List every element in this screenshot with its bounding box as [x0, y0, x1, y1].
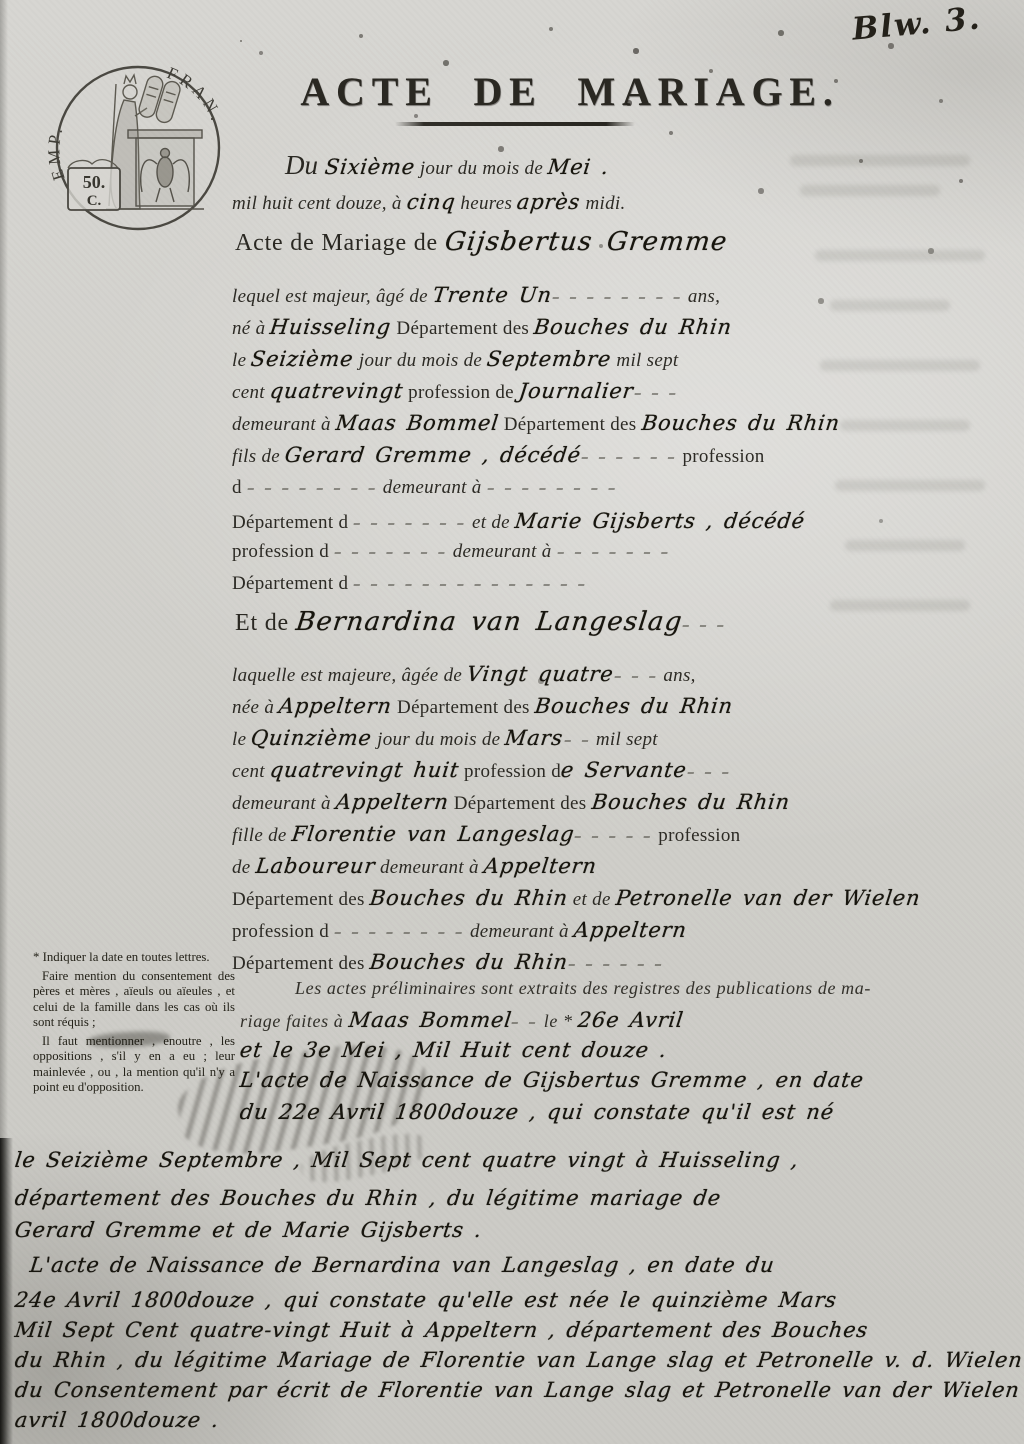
handwritten-text: Quinzième	[250, 726, 374, 750]
document-line: Les actes préliminaires sont extraits de…	[295, 978, 871, 999]
printed-text: mil sept	[611, 350, 678, 371]
ink-specks-artifact	[240, 40, 242, 42]
handwritten-text: Appeltern	[572, 918, 688, 942]
printed-text: Département des	[392, 697, 535, 718]
document-line: Gerard Gremme et de Marie Gijsberts .	[15, 1218, 482, 1242]
printed-text: mil huit cent douze, à	[232, 193, 407, 214]
document-line: de Laboureur demeurant à Appeltern	[232, 854, 597, 879]
document-line: laquelle est majeure, âgée de Vingt quat…	[232, 662, 696, 687]
handwritten-text: 24e Avril 1800douze , qui constate qu'el…	[14, 1288, 839, 1312]
handwritten-text: – – –	[686, 764, 733, 781]
bleed-through-artifact	[830, 300, 950, 311]
handwritten-text: – – –	[632, 385, 679, 402]
handwritten-text: Bouches du Rhin	[533, 694, 734, 718]
handwritten-text: Florentie van Langeslag	[290, 822, 575, 846]
handwritten-text: Maas Bommel	[334, 411, 500, 435]
printed-text: né à	[232, 318, 270, 339]
stamp-left-arc-text: EMP.	[46, 122, 69, 183]
printed-text: et de	[568, 889, 616, 910]
handwritten-text: Bouches du Rhin	[368, 950, 569, 974]
handwritten-text: – – – – – – –	[352, 515, 468, 532]
handwritten-text: du Rhin , du légitime Mariage de Florent…	[14, 1348, 1024, 1372]
handwritten-text: – – – – – – – – – – – – – –	[352, 576, 589, 593]
document-line: demeurant à Maas Bommel Département des …	[232, 411, 840, 436]
printed-text: cent	[232, 382, 270, 403]
handwritten-text: e Servante	[560, 758, 689, 782]
printed-text: fils de	[232, 446, 285, 467]
printed-text: jour du mois de	[354, 350, 487, 371]
handwritten-text: département des Bouches du Rhin , du lég…	[14, 1186, 723, 1210]
document-line: cent quatrevingt profession de Journalie…	[232, 379, 678, 404]
document-line: Département d – – – – – – – – – – – – – …	[232, 573, 588, 595]
document-line: département des Bouches du Rhin , du lég…	[15, 1186, 721, 1210]
document-line: du Consentement par écrit de Florentie v…	[15, 1378, 1024, 1402]
handwritten-text: Trente Un	[431, 283, 553, 307]
printed-text: demeurant à	[465, 921, 574, 942]
document-line: Département des Bouches du Rhin et de Pe…	[232, 886, 920, 911]
document-line: du Rhin , du légitime Mariage de Florent…	[15, 1348, 1024, 1372]
printed-text: née à	[232, 697, 279, 718]
document-line: Acte de Mariage de Gijsbertus Gremme	[235, 228, 727, 258]
document-line: fille de Florentie van Langeslag – – – –…	[232, 822, 740, 847]
handwritten-text: L'acte de Naissance de Bernardina van La…	[29, 1253, 777, 1277]
handwritten-text: – – – – – – –	[556, 544, 672, 561]
handwritten-text: – – – – – – – –	[246, 480, 379, 497]
printed-text: demeurant à	[448, 541, 557, 562]
printed-text: le	[232, 729, 251, 750]
document-line: fils de Gerard Gremme , décédé – – – – –…	[232, 443, 765, 468]
printed-text: heures	[455, 193, 517, 214]
printed-text: de	[232, 857, 256, 878]
printed-text: ans,	[683, 286, 720, 307]
handwritten-text: – – – – – – – –	[486, 480, 619, 497]
handwritten-text: Bouches du Rhin	[533, 315, 734, 339]
document-line: mil huit cent douze, à cinq heures après…	[232, 190, 626, 215]
document-line: Département des Bouches du Rhin – – – – …	[232, 950, 664, 975]
handwritten-text: Mei .	[547, 155, 611, 179]
handwritten-text: du Consentement par écrit de Florentie v…	[14, 1378, 1024, 1402]
document-line: lequel est majeur, âgé de Trente Un – – …	[232, 283, 720, 308]
handwritten-text: Huisseling	[269, 315, 393, 339]
printed-text: Les actes préliminaires sont extraits de…	[295, 978, 871, 998]
printed-text: Département des	[499, 414, 642, 435]
handwritten-text: avril 1800douze .	[14, 1408, 221, 1432]
printed-text: laquelle est majeure, âgée de	[232, 665, 467, 686]
bleed-through-artifact	[845, 540, 965, 551]
document-line: Mil Sept Cent quatre-vingt Huit à Appelt…	[15, 1318, 868, 1342]
printed-text: ans,	[658, 665, 695, 686]
handwritten-text: – – – – – –	[567, 956, 665, 973]
printed-text: demeurant à	[232, 414, 336, 435]
printed-text: demeurant à	[375, 857, 484, 878]
printed-text: jour du mois de	[372, 729, 505, 750]
handwritten-text: Septembre	[486, 347, 613, 371]
margin-note: Faire mention du consentement des pères …	[33, 969, 235, 1031]
handwritten-text: Gijsbertus Gremme	[443, 228, 729, 258]
handwritten-text: – – –	[681, 617, 728, 634]
printed-text: jour du mois de	[415, 158, 548, 179]
printed-text: Département des	[391, 318, 534, 339]
bleed-through-artifact	[835, 480, 985, 491]
document-line: né à Huisseling Département des Bouches …	[232, 315, 732, 340]
handwritten-text: quatrevingt huit	[268, 758, 460, 782]
svg-text:50.: 50.	[83, 172, 106, 192]
printed-text: cent	[232, 761, 270, 782]
stamp-denomination: 50. C.	[68, 160, 120, 210]
handwritten-text: – – – – –	[573, 828, 654, 845]
bleed-through-artifact	[830, 600, 970, 611]
handwritten-text: Vingt quatre	[466, 662, 616, 686]
document-line: riage faites à Maas Bommel – – le * 26e …	[240, 1008, 683, 1032]
printed-text: Département d	[232, 573, 353, 594]
handwritten-text: – – – – – – – –	[333, 924, 466, 941]
printed-text: Du	[285, 150, 325, 180]
printed-text: Département des	[232, 953, 370, 974]
handwritten-text: Marie Gijsberts , décédé	[513, 509, 806, 533]
handwritten-text: Journalier	[517, 379, 635, 403]
handwritten-text: cinq	[405, 190, 457, 214]
bleed-through-artifact	[840, 420, 970, 431]
printed-text: profession d	[232, 541, 334, 562]
printed-text: le	[232, 350, 251, 371]
printed-text: le *	[539, 1011, 578, 1031]
bleed-through-artifact	[800, 185, 940, 196]
marriage-certificate-page: EMP. FRAN.	[0, 0, 1024, 1444]
printed-text: Département des	[449, 793, 592, 814]
document-line: Département d – – – – – – – et de Marie …	[232, 509, 805, 534]
handwritten-text: Petronelle van der Wielen	[614, 886, 921, 910]
printed-text: Département des	[232, 889, 370, 910]
handwritten-text: – – –	[613, 668, 660, 685]
handwritten-text: – –	[510, 1014, 539, 1031]
document-line: profession d – – – – – – – – demeurant à…	[232, 918, 687, 943]
document-line: Et de Bernardina van Langeslag – – –	[235, 608, 727, 638]
empire-francais-revenue-stamp: EMP. FRAN.	[46, 56, 230, 240]
folio-number: Blw. 3.	[851, 0, 983, 47]
handwritten-text: Appeltern	[334, 790, 450, 814]
document-line: Du Sixième jour du mois de Mei .	[285, 150, 609, 181]
handwritten-text: Laboureur	[254, 854, 376, 878]
handwritten-text: Bernardina van Langeslag	[294, 608, 684, 638]
title-rule	[395, 122, 635, 126]
handwritten-text: Bouches du Rhin	[590, 790, 791, 814]
printed-text: mil sept	[591, 729, 658, 750]
handwritten-text: Bouches du Rhin	[640, 411, 841, 435]
printed-text: riage faites à	[240, 1011, 349, 1031]
handwritten-text: Mil Sept Cent quatre-vingt Huit à Appelt…	[14, 1318, 870, 1342]
tablets-icon	[137, 74, 182, 124]
handwritten-text: Seizième	[250, 347, 355, 371]
printed-text: demeurant à	[232, 793, 336, 814]
printed-text: Département d	[232, 512, 353, 533]
handwritten-text: Appeltern	[482, 854, 598, 878]
document-line: demeurant à Appeltern Département des Bo…	[232, 790, 790, 815]
handwritten-text: 26e Avril	[576, 1008, 685, 1032]
document-line: le Quinzième jour du mois de Mars – – mi…	[232, 726, 658, 751]
printed-text: profession d	[459, 761, 561, 782]
printed-text: Et de	[235, 610, 296, 636]
handwritten-text: Maas Bommel	[347, 1008, 513, 1032]
bleed-through-artifact	[820, 360, 980, 371]
printed-text: Acte de Mariage de	[235, 230, 445, 256]
bleed-through-artifact	[815, 250, 985, 261]
document-line: d – – – – – – – – demeurant à – – – – – …	[232, 477, 618, 499]
svg-text:C.: C.	[87, 193, 102, 209]
printed-text: profession d	[232, 921, 334, 942]
page-title: ACTE DE MARIAGE.	[250, 68, 890, 115]
document-line: avril 1800douze .	[15, 1408, 219, 1432]
handwritten-text: Mars	[504, 726, 565, 750]
handwritten-text: après	[516, 190, 582, 214]
handwritten-text: Gerard Gremme , décédé	[284, 443, 583, 467]
printed-text: fille de	[232, 825, 292, 846]
handwritten-text: Bouches du Rhin	[368, 886, 569, 910]
handwritten-text: – – – – – – –	[333, 544, 449, 561]
handwritten-text: – – – – – –	[580, 449, 678, 466]
handwritten-text: Appeltern	[278, 694, 394, 718]
document-line: L'acte de Naissance de Bernardina van La…	[30, 1253, 775, 1277]
margin-note: * Indiquer la date en toutes lettres.	[33, 950, 235, 966]
printed-text: et de	[467, 512, 515, 533]
handwritten-text: Sixième	[323, 155, 416, 179]
printed-text: profession	[653, 825, 740, 846]
printed-text: demeurant à	[378, 477, 487, 498]
document-line: 24e Avril 1800douze , qui constate qu'el…	[15, 1288, 837, 1312]
printed-text: midi.	[580, 193, 625, 214]
document-line: le Seizième jour du mois de Septembre mi…	[232, 347, 678, 372]
handwritten-text: quatrevingt	[268, 379, 404, 403]
bleed-through-artifact	[790, 155, 970, 166]
document-line: cent quatrevingt huit profession de Serv…	[232, 758, 731, 783]
printed-text: d	[232, 477, 247, 498]
printed-text: lequel est majeur, âgé de	[232, 286, 433, 307]
document-line: profession d – – – – – – – demeurant à –…	[232, 541, 670, 563]
printed-text: profession	[677, 446, 764, 467]
handwritten-text: – – – – – – – –	[551, 289, 684, 306]
handwritten-text: – –	[562, 732, 591, 749]
scan-edge-shadow	[0, 0, 8, 1444]
handwritten-text: Gerard Gremme et de Marie Gijsberts .	[14, 1218, 484, 1242]
document-line: née à Appeltern Département des Bouches …	[232, 694, 733, 719]
printed-text: profession de	[403, 382, 519, 403]
